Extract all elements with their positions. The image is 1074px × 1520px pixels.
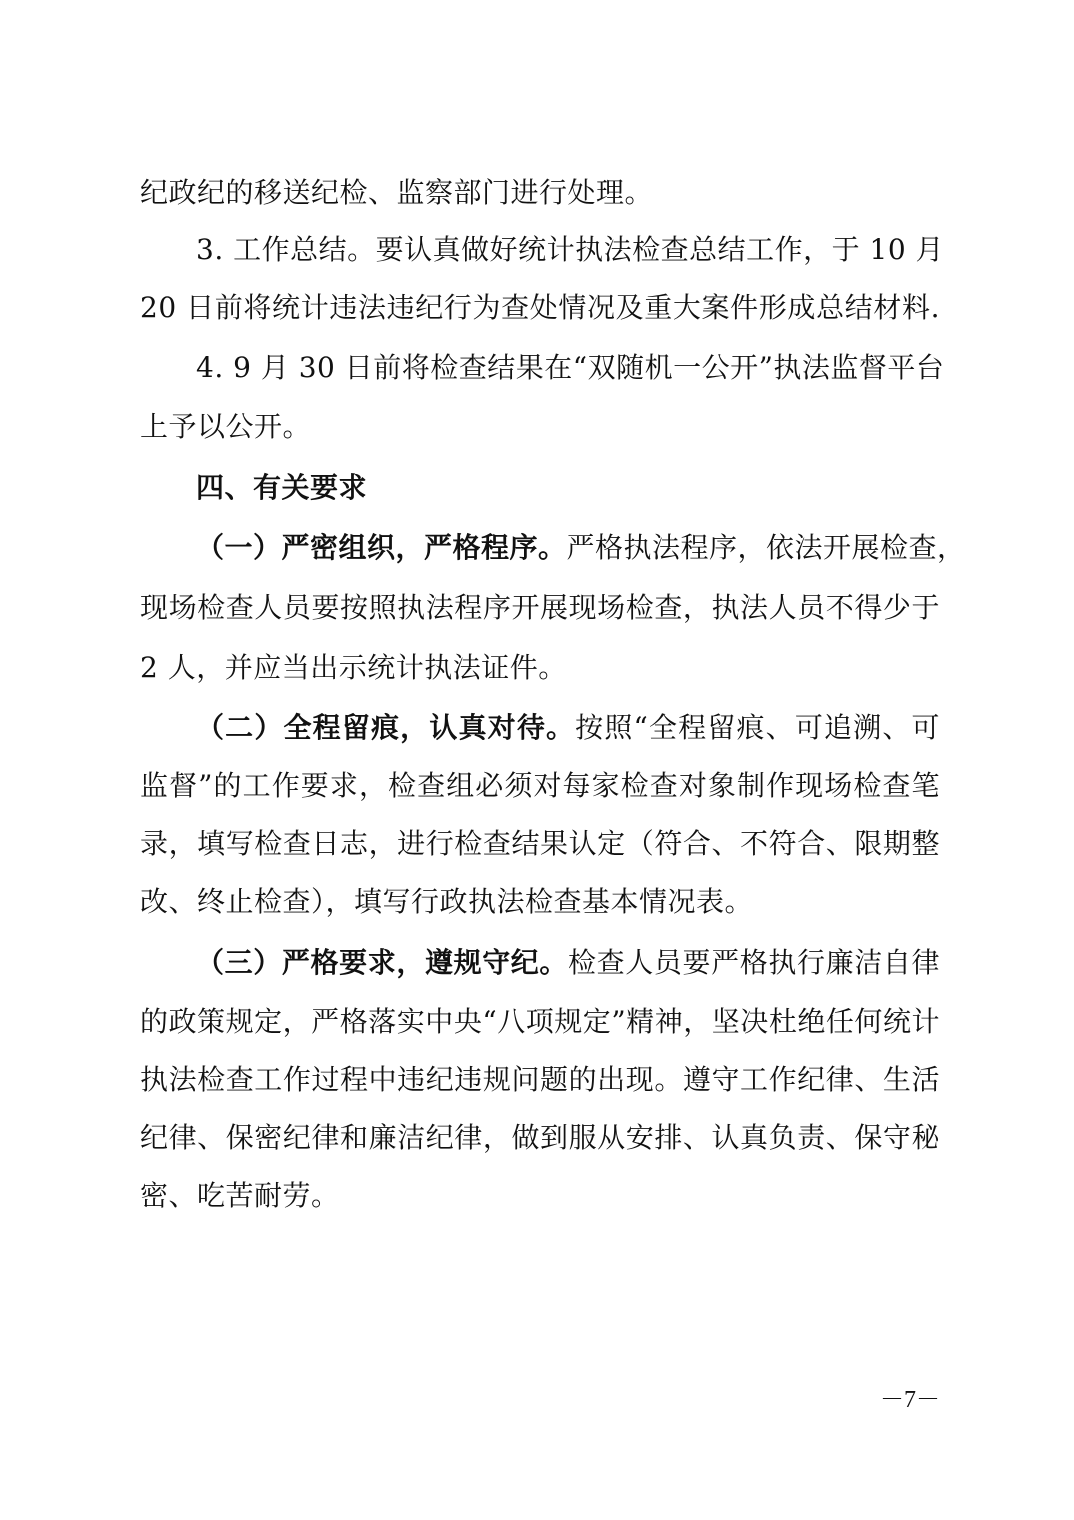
subsection-1-line: （一）严密组织，严格程序。严格执法程序，依法开展检查，	[140, 530, 940, 566]
paragraph-line: 密、吃苦耐劳。	[140, 1178, 940, 1214]
paragraph-line: 3. 工作总结。要认真做好统计执法检查总结工作，于 10 月	[140, 232, 940, 268]
section-heading: 四、有关要求	[140, 470, 940, 506]
page-number: －7－	[880, 1385, 940, 1415]
subsection-text: 检查人员要严格执行廉洁自律	[568, 946, 940, 979]
paragraph-line: 4. 9 月 30 日前将检查结果在“双随机一公开”执法监督平台	[140, 350, 940, 386]
paragraph-line: 录，填写检查日志，进行检查结果认定（符合、不符合、限期整	[140, 826, 940, 862]
paragraph-line: 纪政纪的移送纪检、监察部门进行处理。	[140, 175, 940, 211]
paragraph-line: 现场检查人员要按照执法程序开展现场检查，执法人员不得少于	[140, 590, 940, 626]
paragraph-line: 20 日前将统计违法违纪行为查处情况及重大案件形成总结材料.	[140, 290, 940, 326]
subsection-text: 严格执法程序，依法开展检查，	[567, 531, 966, 564]
paragraph-line: 2 人，并应当出示统计执法证件。	[140, 650, 940, 686]
subsection-text: 按照“全程留痕、可追溯、可	[575, 711, 940, 744]
subsection-2-line: （二）全程留痕，认真对待。按照“全程留痕、可追溯、可	[140, 710, 940, 746]
subsection-3-line: （三）严格要求，遵规守纪。检查人员要严格执行廉洁自律	[140, 945, 940, 981]
subsection-title: （一）严密组织，严格程序。	[196, 531, 567, 564]
paragraph-line: 上予以公开。	[140, 409, 940, 445]
paragraph-line: 纪律、保密纪律和廉洁纪律，做到服从安排、认真负责、保守秘	[140, 1120, 940, 1156]
paragraph-line: 监督”的工作要求，检查组必须对每家检查对象制作现场检查笔	[140, 768, 940, 804]
paragraph-line: 执法检查工作过程中违纪违规问题的出现。遵守工作纪律、生活	[140, 1062, 940, 1098]
paragraph-line: 改、终止检查），填写行政执法检查基本情况表。	[140, 884, 940, 920]
subsection-title: （三）严格要求，遵规守纪。	[196, 946, 568, 979]
subsection-title: （二）全程留痕，认真对待。	[196, 711, 575, 744]
paragraph-line: 的政策规定，严格落实中央“八项规定”精神，坚决杜绝任何统计	[140, 1004, 940, 1040]
